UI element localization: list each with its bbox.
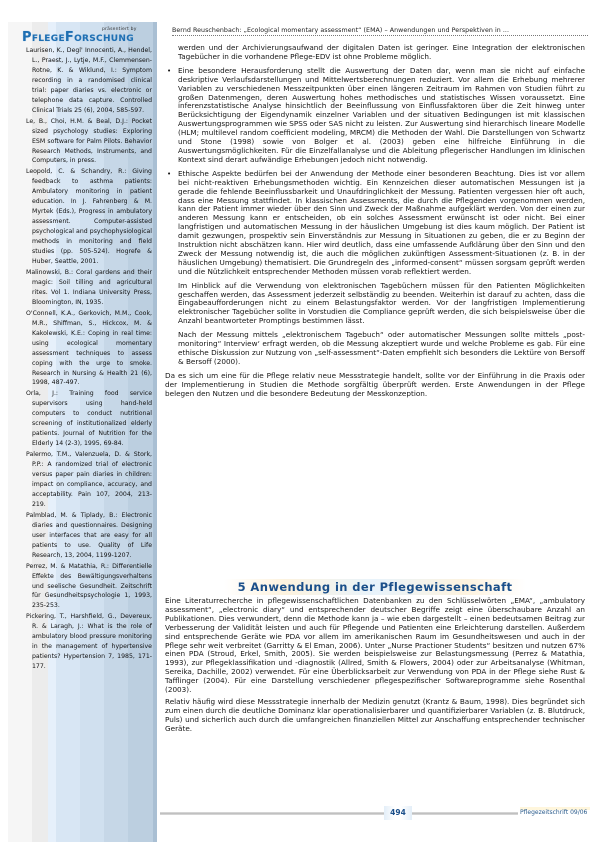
footer-rule bbox=[160, 812, 384, 815]
bullet-text: Ethische Aspekte bedürfen bei der Anwend… bbox=[178, 170, 585, 277]
paragraph: Da es sich um eine für die Pflege relati… bbox=[165, 372, 585, 399]
bullet-icon: • bbox=[167, 67, 171, 76]
reference-item: Palmblad, M. & Tiplady, B.: Electronic d… bbox=[26, 511, 152, 561]
section-heading: 5 Anwendung in der Pflegewissenschaft bbox=[165, 576, 585, 595]
journal-logo: präsentiert by PflegeForschung bbox=[22, 24, 154, 44]
page-number: 494 bbox=[384, 806, 412, 820]
sidebar-top bbox=[0, 0, 157, 22]
bullet-item: • Eine besondere Herausforderung stellt … bbox=[165, 67, 585, 165]
reference-item: Orla, J.: Training food service supervis… bbox=[26, 389, 152, 449]
reference-item: Palermo, T.M., Valenzuela, D. & Stork, P… bbox=[26, 450, 152, 510]
reference-item: Le, B., Choi, H.M. & Beal, D.J.: Pocket … bbox=[26, 117, 152, 167]
paragraph: Nach der Messung mittels „elektronischem… bbox=[165, 331, 585, 367]
reference-item: Leopold, C. & Schandry, R.: Giving feedb… bbox=[26, 167, 152, 267]
reference-item: O'Connell, K.A., Gerkovich, M.M., Cook, … bbox=[26, 309, 152, 389]
section-heading-text: 5 Anwendung in der Pflegewissenschaft bbox=[224, 579, 527, 595]
reference-item: Perrez, M. & Matathia, R.: Differentiell… bbox=[26, 562, 152, 612]
paragraph: Relativ häufig wird diese Messstrategie … bbox=[165, 698, 585, 734]
section-body: Eine Literaturrecherche in pflegewissens… bbox=[165, 597, 585, 737]
reference-item: Malinowski, B.: Coral gardens and their … bbox=[26, 268, 152, 308]
bullet-icon: • bbox=[167, 170, 171, 179]
bullet-text: Eine besondere Herausforderung stellt di… bbox=[178, 67, 585, 165]
logo-text: PflegeForschung bbox=[22, 30, 134, 45]
journal-issue: Pflegezeitschrift 09/06 bbox=[520, 807, 590, 819]
paragraph: Im Hinblick auf die Verwendung von elekt… bbox=[165, 282, 585, 327]
continuation-paragraph: werden und der Archivierungsaufwand der … bbox=[165, 44, 585, 62]
running-head: Bernd Reuschenbach: „Ecological momentar… bbox=[172, 27, 588, 36]
reference-list: Laurisen, K., Degl' Innocenti, A., Hende… bbox=[26, 46, 152, 673]
footer-rule bbox=[412, 812, 518, 815]
bullet-item: • Ethische Aspekte bedürfen bei der Anwe… bbox=[165, 170, 585, 277]
reference-item: Pickering, T., Harshfield, G., Devereux,… bbox=[26, 612, 152, 672]
main-body: werden und der Archivierungsaufwand der … bbox=[165, 44, 585, 404]
reference-item: Laurisen, K., Degl' Innocenti, A., Hende… bbox=[26, 46, 152, 116]
paragraph: Eine Literaturrecherche in pflegewissens… bbox=[165, 597, 585, 695]
